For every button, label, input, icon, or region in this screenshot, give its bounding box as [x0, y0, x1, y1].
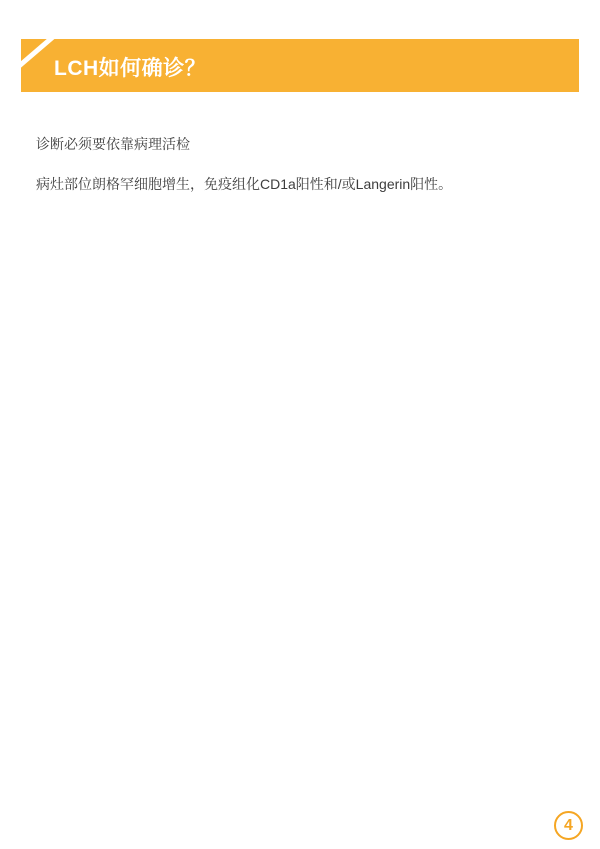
body-paragraph-immunohistochemistry: 病灶部位朗格罕细胞增生，免疫组化CD1a阳性和/或Langerin阳性。 — [36, 176, 452, 193]
booklet-page: LCH如何确诊？ 诊断必须要依靠病理活检 病灶部位朗格罕细胞增生，免疫组化CD1… — [0, 0, 600, 849]
page-number-badge: 4 — [554, 811, 583, 840]
body-paragraph-diagnosis-biopsy: 诊断必须要依靠病理活检 — [36, 136, 190, 153]
page-number: 4 — [564, 817, 573, 835]
page-title: LCH如何确诊？ — [21, 58, 206, 79]
section-header-bar: LCH如何确诊？ — [21, 39, 579, 92]
